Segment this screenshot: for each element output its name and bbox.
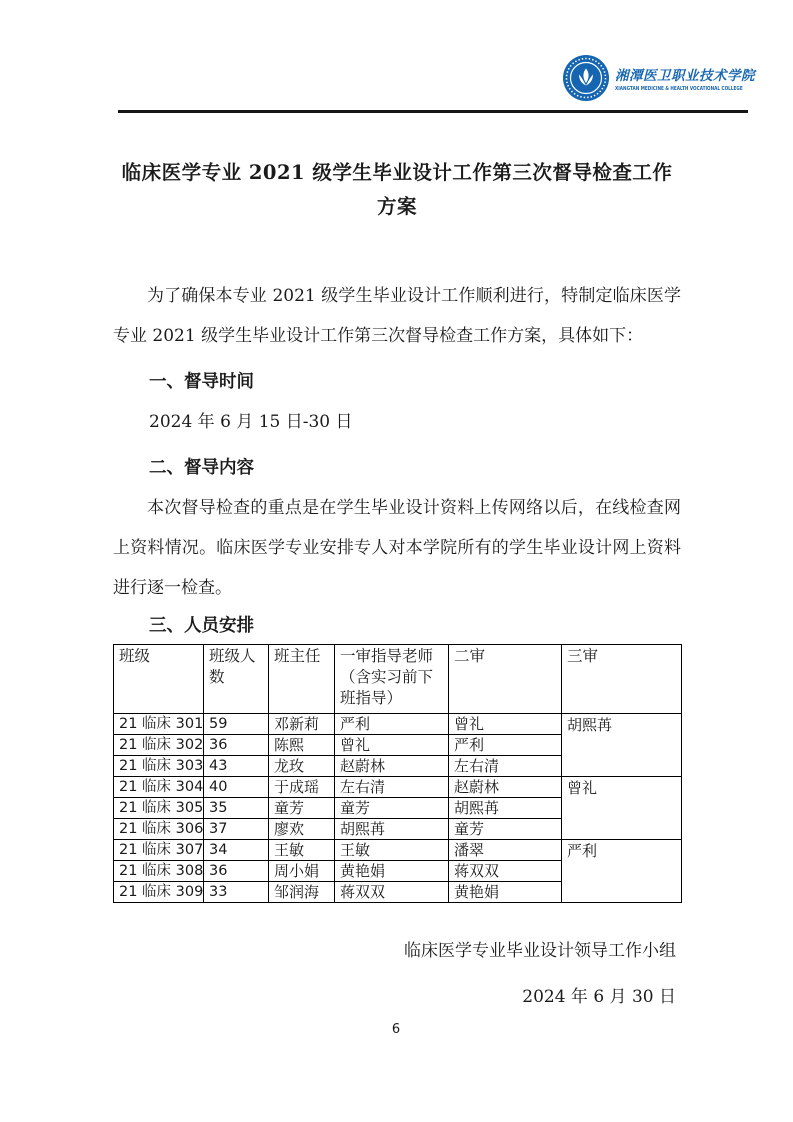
cell-second-review: 赵蔚林 [449, 777, 562, 798]
cell-count: 33 [204, 882, 269, 903]
cell-class: 21 临床 306 [114, 819, 204, 840]
cell-third-review: 胡熙苒 [562, 714, 682, 777]
section-heading-staff: 三、人员安排 [113, 608, 681, 644]
signature-line: 临床医学专业毕业设计领导工作小组 [113, 941, 676, 961]
table-row: 21 临床 301 59 邓新莉 严利 曾礼 胡熙苒 [114, 714, 682, 735]
cell-head-teacher: 周小娟 [269, 861, 335, 882]
cell-second-review: 左右清 [449, 756, 562, 777]
cell-head-teacher: 邹润海 [269, 882, 335, 903]
cell-first-review: 左右清 [335, 777, 449, 798]
cell-head-teacher: 廖欢 [269, 819, 335, 840]
table-row: 21 临床 304 40 于成瑶 左右清 赵蔚林 曾礼 [114, 777, 682, 798]
table-row: 21 临床 307 34 王敏 王敏 潘翠 严利 [114, 840, 682, 861]
college-name-en: XIANGTAN MEDICINE & HEALTH VOCATIONAL CO… [615, 86, 743, 92]
cell-second-review: 童芳 [449, 819, 562, 840]
cell-first-review: 王敏 [335, 840, 449, 861]
cell-class: 21 临床 302 [114, 735, 204, 756]
document-title: 临床医学专业 2021 级学生毕业设计工作第三次督导检查工作方案 [113, 156, 681, 224]
cell-count: 34 [204, 840, 269, 861]
cell-class: 21 临床 305 [114, 798, 204, 819]
signature-date: 2024 年 6 月 30 日 [113, 987, 676, 1007]
cell-count: 35 [204, 798, 269, 819]
supervision-time: 2024 年 6 月 15 日-30 日 [113, 402, 681, 442]
college-emblem-icon [562, 54, 610, 102]
cell-third-review: 曾礼 [562, 777, 682, 840]
cell-first-review: 严利 [335, 714, 449, 735]
cell-head-teacher: 龙玫 [269, 756, 335, 777]
staff-assignment-table: 班级 班级人数 班主任 一审指导老师（含实习前下班指导） 二审 三审 21 临床… [113, 644, 682, 903]
col-second-review: 二审 [449, 645, 562, 714]
cell-first-review: 黄艳娟 [335, 861, 449, 882]
section-heading-time: 一、督导时间 [113, 362, 681, 402]
cell-head-teacher: 于成瑶 [269, 777, 335, 798]
cell-count: 40 [204, 777, 269, 798]
cell-class: 21 临床 303 [114, 756, 204, 777]
college-logo: 湘潭医卫职业技术学院 XIANGTAN MEDICINE & HEALTH VO… [562, 54, 793, 102]
cell-count: 36 [204, 861, 269, 882]
cell-class: 21 临床 307 [114, 840, 204, 861]
cell-class: 21 临床 308 [114, 861, 204, 882]
cell-second-review: 蒋双双 [449, 861, 562, 882]
table-header-row: 班级 班级人数 班主任 一审指导老师（含实习前下班指导） 二审 三审 [114, 645, 682, 714]
cell-first-review: 胡熙苒 [335, 819, 449, 840]
document-content: 临床医学专业 2021 级学生毕业设计工作第三次督导检查工作方案 为了确保本专业… [113, 156, 681, 1007]
document-page: 湘潭医卫职业技术学院 XIANGTAN MEDICINE & HEALTH VO… [0, 0, 793, 1122]
col-third-review: 三审 [562, 645, 682, 714]
cell-first-review: 蒋双双 [335, 882, 449, 903]
letterhead-divider [118, 110, 748, 113]
cell-head-teacher: 童芳 [269, 798, 335, 819]
college-name-block: 湘潭医卫职业技术学院 XIANGTAN MEDICINE & HEALTH VO… [615, 64, 793, 92]
cell-class: 21 临床 304 [114, 777, 204, 798]
intro-paragraph: 为了确保本专业 2021 级学生毕业设计工作顺利进行，特制定临床医学专业 202… [113, 276, 681, 356]
col-class: 班级 [114, 645, 204, 714]
cell-head-teacher: 邓新莉 [269, 714, 335, 735]
cell-count: 59 [204, 714, 269, 735]
section-heading-content: 二、督导内容 [113, 448, 681, 488]
cell-second-review: 严利 [449, 735, 562, 756]
cell-third-review: 严利 [562, 840, 682, 903]
cell-class: 21 临床 309 [114, 882, 204, 903]
cell-second-review: 曾礼 [449, 714, 562, 735]
cell-second-review: 黄艳娟 [449, 882, 562, 903]
cell-count: 37 [204, 819, 269, 840]
cell-first-review: 童芳 [335, 798, 449, 819]
cell-first-review: 曾礼 [335, 735, 449, 756]
col-first-review: 一审指导老师（含实习前下班指导） [335, 645, 449, 714]
cell-head-teacher: 陈熙 [269, 735, 335, 756]
cell-count: 36 [204, 735, 269, 756]
cell-class: 21 临床 301 [114, 714, 204, 735]
col-class-count: 班级人数 [204, 645, 269, 714]
college-name-cn: 湘潭医卫职业技术学院 [615, 64, 793, 84]
cell-head-teacher: 王敏 [269, 840, 335, 861]
col-head-teacher: 班主任 [269, 645, 335, 714]
supervision-content-paragraph: 本次督导检查的重点是在学生毕业设计资料上传网络以后，在线检查网上资料情况。临床医… [113, 488, 681, 608]
cell-count: 43 [204, 756, 269, 777]
cell-second-review: 潘翠 [449, 840, 562, 861]
page-number: 6 [392, 1022, 400, 1037]
cell-second-review: 胡熙苒 [449, 798, 562, 819]
cell-first-review: 赵蔚林 [335, 756, 449, 777]
